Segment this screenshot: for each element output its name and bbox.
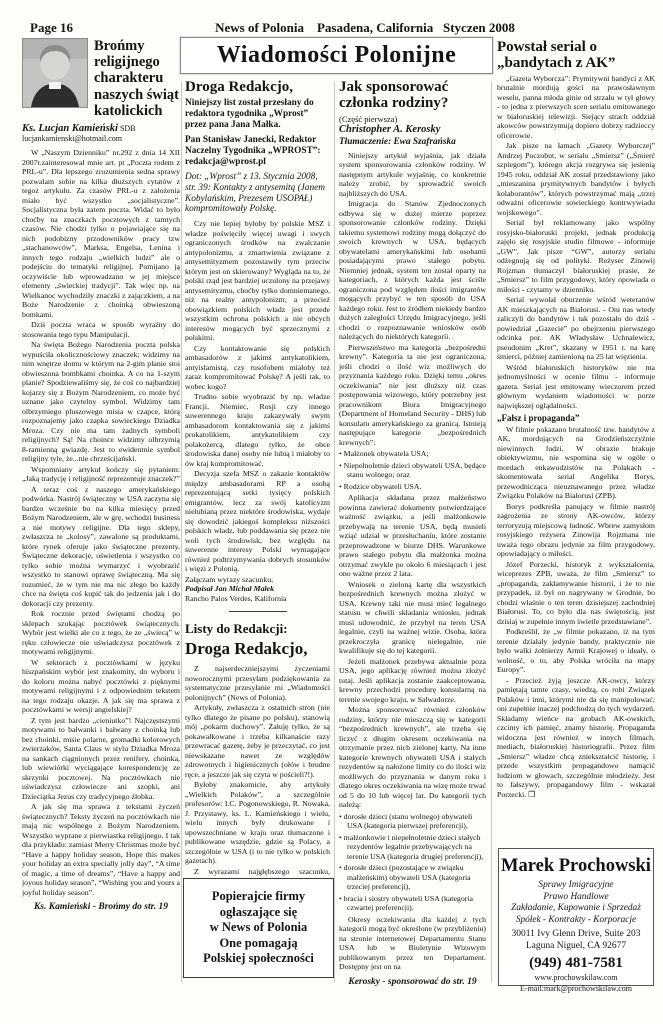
paragraph: Aplikacja składana przez małżeństwo powi… (339, 493, 486, 579)
paragraph: „Fałsz i propaganda” (497, 413, 655, 424)
paragraph: Czy kontaktowanie się polskich ambasador… (185, 344, 330, 392)
paragraph: ogłaszające się (184, 905, 333, 921)
paragraph: Jeżeli małżonek przebywa aktualnie poza … (339, 657, 486, 705)
paragraph: Tłumaczenie: Ewa Szafrańska (339, 137, 486, 148)
paragraph: • Rodzice obywateli USA. (339, 482, 486, 492)
paragraph: W sektorach z pocztówkami w języku hiszp… (22, 658, 180, 715)
paragraph: Podpisał Jan Michał Małek (185, 584, 330, 594)
paragraph: Jak sponsorować członka rodziny? (339, 80, 486, 112)
ad-service-line: Zakładanie, Kupowanie i Sprzedaż (499, 903, 653, 915)
paragraph: Jak pisze na łamach „Gazety Wyborczej” A… (497, 141, 655, 217)
paragraph: W „Naszym Dzienniku” nr.292 z dnia 14 XI… (22, 148, 180, 319)
ad-service-line: Sprawy Imigracyjne (499, 880, 653, 892)
paragraph: Na święta Bożego Narodzenia poczta polsk… (22, 340, 180, 464)
section-divider (229, 611, 287, 612)
article-body: Powstał serial o „bandytach z AK”„Gazeta… (497, 40, 655, 799)
article-body: Jak sponsorować członka rodziny?(Część p… (339, 80, 486, 988)
paragraph: Wspomniany artykuł kończy się pytaniem: … (22, 465, 180, 484)
paragraph: Z wyrazami najgłębszego szacunku, podpis… (185, 867, 330, 876)
paragraph: Józef Porzecki, historyk z wykształcenia… (497, 560, 655, 627)
paragraph: Trudno sobie wyobrazić by np. władze Fra… (185, 392, 330, 468)
paragraph: Byłoby znakomicie, aby artykuły „Wielkic… (185, 780, 330, 866)
paragraph: A jak się ma sprawa z tekstami życzeń św… (22, 802, 180, 897)
paragraph: Polskiej społeczności (184, 951, 333, 967)
letters-body: Droga Redakcjo,Niniejszy list został prz… (185, 80, 330, 876)
paragraph: - Przecież żyją jeszcze AK-owcy, którzy … (497, 676, 655, 800)
paragraph: • Małżonek obywatela USA; (339, 449, 486, 459)
article-headline: Brońmy religijnego charakteru naszych św… (94, 38, 180, 119)
paragraph: Okresy oczekiwania dla każdej z tych kat… (339, 915, 486, 972)
ad-phone: (949) 481-7581 (499, 955, 653, 972)
column-kamienski-article: Brońmy religijnego charakteru naszych św… (22, 38, 180, 990)
paragraph: Rok rocznie przed świętami chodzą po skl… (22, 609, 180, 657)
paragraph: Kerosky - sponsorować do str. 19 (339, 977, 486, 988)
article-byline: Ks. Lucjan Kamieński SDB (22, 123, 180, 134)
paragraph: „Gazeta Wyborcza”: Prymitywni bandyci z … (497, 74, 655, 141)
paragraph: Z najserdeczniejszymi życzeniami noworoc… (185, 664, 330, 702)
paragraph: Popierajcie firmy (184, 889, 333, 905)
section-banner-label: Wiadomości Polonijne (217, 42, 457, 69)
paragraph: Czy nie lepiej byłoby by polskie MSZ i w… (185, 219, 330, 343)
ad-address-line2: Laguna Niguel, CA 92677 (499, 941, 653, 953)
paragraph: Wniosek o zieloną kartę dla wszystkich b… (339, 580, 486, 656)
ad-service-line: Spółek - Kontrakty - Korporacje (499, 915, 653, 927)
author-title-suffix: SDB (118, 124, 136, 133)
paragraph: Serial wywołał oburzenie wśród weteranów… (497, 295, 655, 362)
column-letters: Droga Redakcjo,Niniejszy list został prz… (185, 80, 330, 876)
ad-address-line1: 30011 Ivy Glenn Drive, Suite 203 (499, 929, 653, 941)
paragraph: • małżonkowie i niepełnoletnie dzieci st… (339, 833, 486, 862)
paragraph: Serial był reklamowany jako wspólny rosy… (497, 218, 655, 294)
paragraph: Powstał serial o „bandytach z AK” (497, 40, 655, 72)
ad-name: Marek Prochowski (499, 856, 653, 877)
paragraph: Dziś poczta wraca w sposób wyraźny do st… (22, 320, 180, 339)
paragraph: One pomagają (184, 936, 333, 952)
column-divider (181, 82, 182, 982)
ad-service-line: Prawo Handlowe (499, 892, 653, 904)
paragraph: Podkreślił, że „w filmie pokazano, iż na… (497, 627, 655, 675)
paragraph: Dot: „Wprost” z 13. Stycznia 2008, str. … (185, 172, 330, 216)
paragraph: Imigracja do Stanów Zjednoczonych odbywa… (339, 199, 486, 342)
paragraph: Wśród białoruskich historyków nie ma jed… (497, 363, 655, 411)
prochowski-ad: Marek Prochowski Sprawy Imigracyjne Praw… (498, 848, 654, 986)
paragraph: • dorosłe dzieci (pozostające w związku … (339, 863, 486, 892)
paragraph: Z tym jest bardzo „cieniutko”! Najczęsts… (22, 716, 180, 802)
column-serial-article: Powstał serial o „bandytach z AK”„Gazeta… (497, 40, 655, 844)
ad-website: www.prochowskilaw.com (499, 973, 653, 983)
paragraph: Rancho Palos Verdes, Kalifornia (185, 594, 330, 604)
masthead-title: News of Polonia Pasadena, California Sty… (150, 20, 580, 36)
newspaper-page: Page 16 News of Polonia Pasadena, Califo… (0, 0, 663, 1024)
article-body: W „Naszym Dzienniku” nr.292 z dnia 14 XI… (22, 148, 180, 914)
paragraph: • Niepełnoletnie dzieci obywateli USA, b… (339, 461, 486, 480)
paragraph: Pan Stanisław Janecki, Redaktor Naczelny… (185, 135, 330, 168)
ad-address: 30011 Ivy Glenn Drive, Suite 203 Laguna … (499, 929, 653, 953)
paragraph: Załączam wyrazy szacunku, (185, 575, 330, 585)
paragraph: (Część pierwsza) (339, 114, 486, 124)
paragraph: Artykuły, zwłaszcza z ostatnich stron (n… (185, 703, 330, 779)
paragraph: • dorosłe dzieci (stanu wolnego) obywate… (339, 812, 486, 831)
page-number: Page 16 (30, 20, 73, 36)
paragraph: w News of Polonia (184, 920, 333, 936)
author-photo (22, 38, 88, 108)
paragraph: Listy do Redakcji: (185, 621, 330, 637)
paragraph: Borys podkreśla panujący w filmie nastró… (497, 502, 655, 559)
section-banner: Wiadomości Polonijne (180, 37, 493, 74)
promo-box: Popierajcie firmyogłaszające sięw News o… (183, 878, 334, 978)
promo-box-lines: Popierajcie firmyogłaszające sięw News o… (184, 889, 333, 967)
paragraph: Można sponsorować również członków rodzi… (339, 705, 486, 810)
article-header: Brońmy religijnego charakteru naszych św… (22, 38, 180, 119)
paragraph: Christopher A. Kerosky (339, 124, 486, 137)
paragraph: Droga Redakcjo, (185, 80, 330, 96)
paragraph: A teraz coś z naszego amerykańskiego pod… (22, 485, 180, 609)
ad-email: E-mail:mark@prochowskilaw.com (499, 984, 653, 994)
paragraph: Pierwszeństwo ma kategoria „bezpośredni … (339, 343, 486, 448)
paragraph: W filmie pokazano brutalność tzw. bandyt… (497, 425, 655, 501)
paragraph: Decyzja szefa MSZ o zakazie kontaktów mi… (185, 469, 330, 574)
paragraph: Ks. Kamieński - Brońmy do str. 19 (22, 902, 180, 914)
paragraph: Niniejszy list został przesłany do redak… (185, 98, 330, 131)
column-divider (491, 82, 492, 982)
author-email: lucjankamienski@hotmail.com (22, 134, 180, 143)
paragraph: Niniejszy artykuł wyjaśnia, jak działa s… (339, 151, 486, 199)
column-divider (334, 82, 335, 982)
paragraph: • bracia i siostry obywateli USA (katego… (339, 894, 486, 913)
author-name: Ks. Lucjan Kamieński (22, 123, 118, 134)
paragraph: Droga Redakcjo, (185, 639, 330, 660)
column-kerosky-article: Jak sponsorować członka rodziny?(Część p… (339, 80, 486, 988)
